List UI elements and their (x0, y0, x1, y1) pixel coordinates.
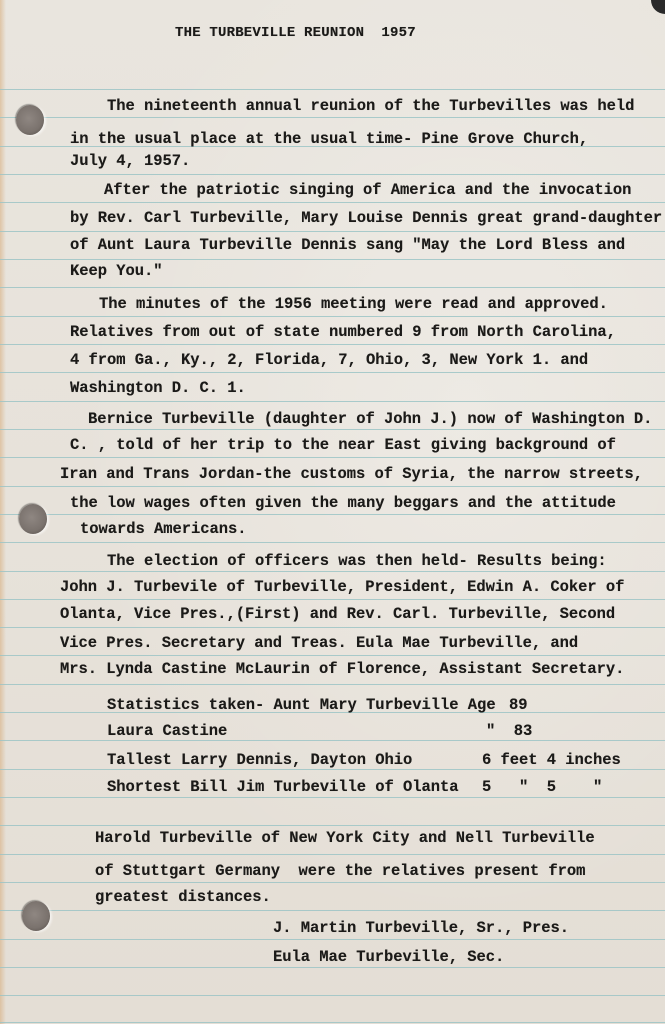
ruled-line (0, 287, 665, 288)
ruled-line (0, 514, 665, 515)
document-title: THE TURBEVILLE REUNION 1957 (175, 24, 416, 42)
statistics-label: Statistics taken- Aunt Mary Turbeville A… (107, 696, 496, 714)
binder-hole-middle (19, 504, 47, 534)
ruled-line (0, 231, 665, 232)
paragraph-intro-line: July 4, 1957. (70, 152, 190, 170)
ruled-line (0, 486, 665, 487)
ruled-line (0, 457, 665, 458)
paragraph-election-line: Mrs. Lynda Castine McLaurin of Florence,… (60, 660, 624, 678)
paragraph-trip-line: towards Americans. (80, 520, 247, 538)
ruled-line (0, 797, 665, 798)
statistics-value: " 83 (486, 722, 532, 740)
paragraph-trip-line: Iran and Trans Jordan-the customs of Syr… (60, 465, 643, 483)
ruled-line (0, 599, 665, 600)
statistics-label: Shortest Bill Jim Turbeville of Olanta (107, 778, 459, 796)
ruled-line (0, 401, 665, 402)
paragraph-intro-line: in the usual place at the usual time- Pi… (70, 130, 588, 148)
ruled-line (0, 854, 665, 855)
paragraph-election-line: Olanta, Vice Pres.,(First) and Rev. Carl… (60, 605, 615, 623)
ruled-line (0, 259, 665, 260)
paragraph-singing-line: by Rev. Carl Turbeville, Mary Louise Den… (70, 209, 662, 227)
binder-hole-bottom (22, 901, 50, 931)
ruled-line (0, 372, 665, 373)
paragraph-minutes-line: Washington D. C. 1. (70, 379, 246, 397)
paragraph-singing-line: Keep You." (70, 262, 163, 280)
paragraph-minutes-line: 4 from Ga., Ky., 2, Florida, 7, Ohio, 3,… (70, 351, 588, 369)
paragraph-trip-line: C. , told of her trip to the near East g… (70, 436, 616, 454)
ruled-line (0, 939, 665, 940)
paragraph-minutes-line: The minutes of the 1956 meeting were rea… (99, 295, 608, 313)
ruled-line (0, 882, 665, 883)
ruled-line (0, 627, 665, 628)
ruled-line (0, 202, 665, 203)
paragraph-singing-line: After the patriotic singing of America a… (104, 181, 631, 199)
signature-president: J. Martin Turbeville, Sr., Pres. (273, 919, 569, 937)
paragraph-election-line: Vice Pres. Secretary and Treas. Eula Mae… (60, 634, 578, 652)
paragraph-distances-line: greatest distances. (95, 888, 271, 906)
paragraph-minutes-line: Relatives from out of state numbered 9 f… (70, 323, 616, 341)
ruled-line (0, 995, 665, 996)
ruled-line (0, 684, 665, 685)
typed-document-page: THE TURBEVILLE REUNION 1957 The nineteen… (0, 0, 665, 1024)
ruled-line (0, 542, 665, 543)
ruled-line (0, 740, 665, 741)
ruled-line (0, 571, 665, 572)
statistics-value: 6 feet 4 inches (482, 751, 621, 769)
paragraph-election-line: The election of officers was then held- … (107, 552, 607, 570)
paragraph-intro-line: The nineteenth annual reunion of the Tur… (107, 97, 634, 115)
ruled-line (0, 910, 665, 911)
ruled-line (0, 655, 665, 656)
ruled-line (0, 344, 665, 345)
paragraph-distances-line: Harold Turbeville of New York City and N… (95, 829, 595, 847)
ruled-line (0, 174, 665, 175)
ruled-line (0, 825, 665, 826)
paragraph-trip-line: Bernice Turbeville (daughter of John J.)… (88, 410, 652, 428)
statistics-label: Tallest Larry Dennis, Dayton Ohio (107, 751, 412, 769)
ruled-line (0, 117, 665, 118)
paragraph-election-line: John J. Turbevile of Turbeville, Preside… (60, 578, 624, 596)
paper-edge-stain (0, 0, 6, 1024)
ruled-line (0, 967, 665, 968)
paragraph-singing-line: of Aunt Laura Turbeville Dennis sang "Ma… (70, 236, 625, 254)
ruled-line (0, 1022, 665, 1023)
ruled-line (0, 89, 665, 90)
paragraph-trip-line: the low wages often given the many begga… (70, 494, 616, 512)
ruled-line (0, 316, 665, 317)
binder-hole-top (16, 105, 44, 135)
statistics-value: 5 " 5 " (482, 778, 602, 796)
paragraph-distances-line: of Stuttgart Germany were the relatives … (95, 862, 585, 880)
page-corner-shadow (651, 0, 665, 14)
statistics-label: Laura Castine (107, 722, 227, 740)
ruled-line (0, 429, 665, 430)
signature-secretary: Eula Mae Turbeville, Sec. (273, 948, 504, 966)
ruled-line (0, 769, 665, 770)
statistics-value: 89 (509, 696, 528, 714)
